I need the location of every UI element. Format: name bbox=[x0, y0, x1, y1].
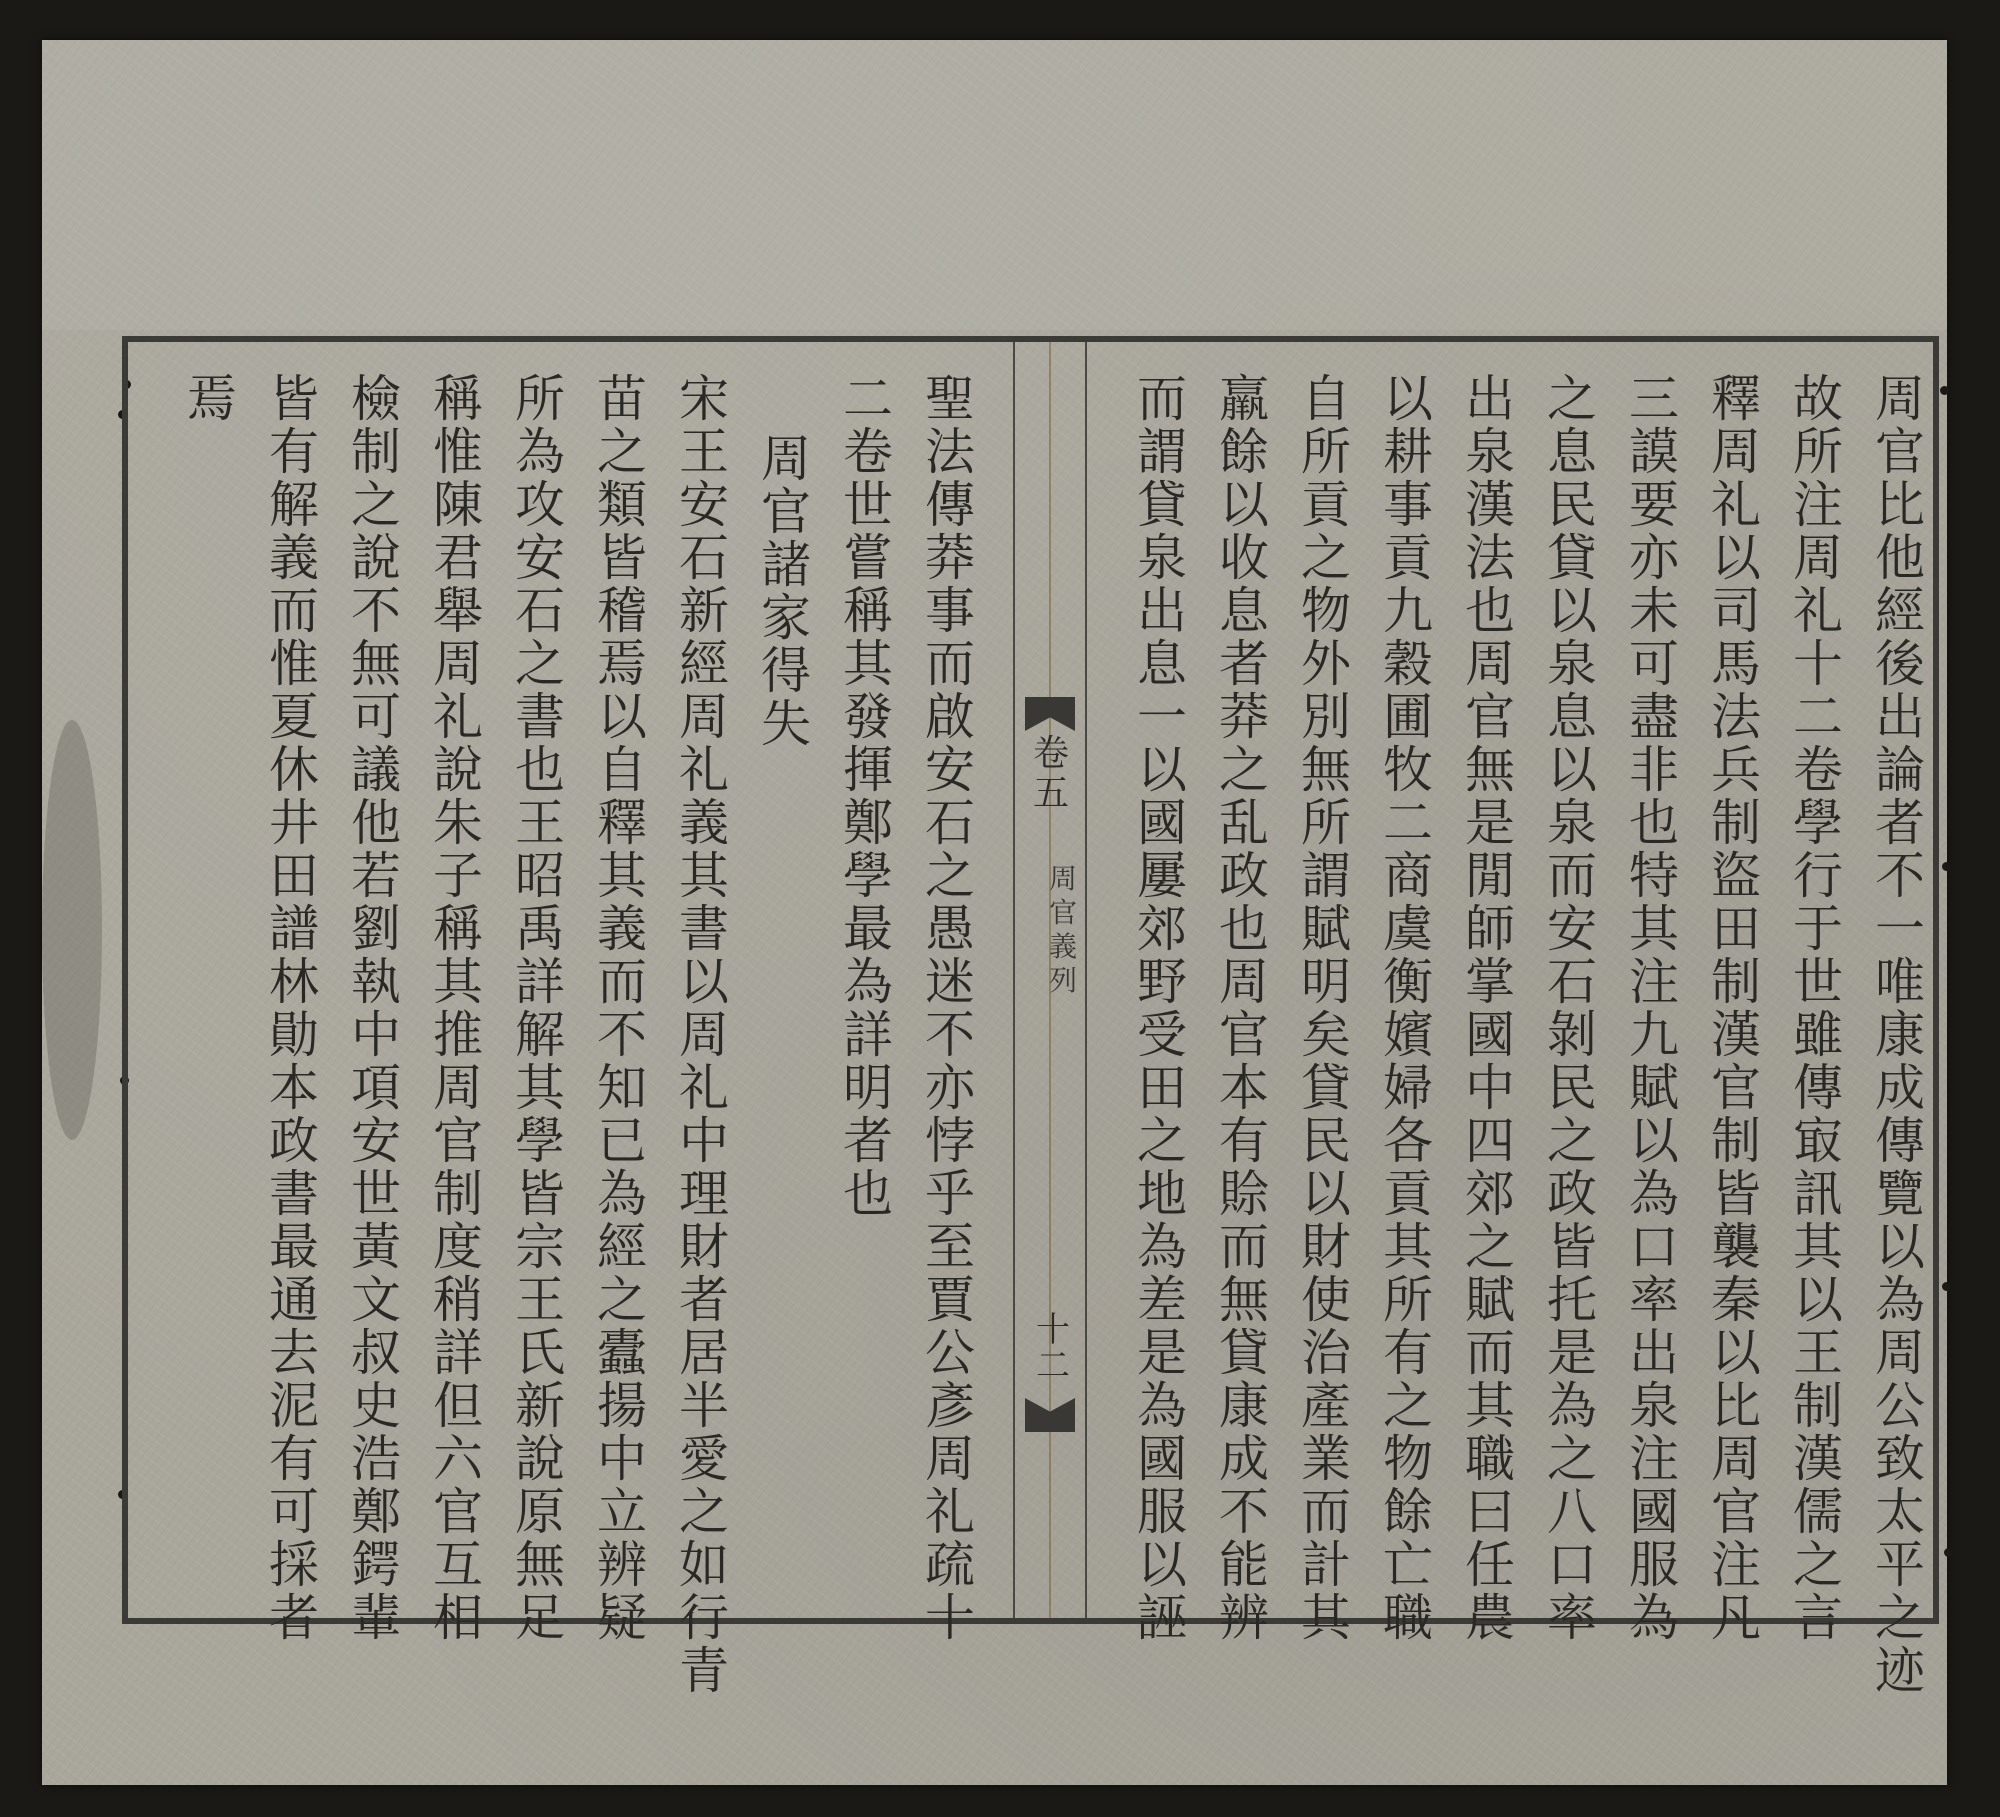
right-half-page: 周官比他經後出論者不一唯康成傳覽以為周公致太平之迹 故所注周礼十二卷學行于世雖傳… bbox=[1078, 342, 1939, 1618]
binding-hole bbox=[1944, 1548, 1953, 1557]
text-column: 之息民貸以泉息以泉而安石剝民之政皆托是為之八口率 bbox=[1540, 372, 1596, 1644]
text-column: 稱惟陳君舉周礼說朱子稱其推周官制度稍詳但六官互相 bbox=[426, 372, 482, 1644]
top-margin bbox=[42, 40, 1947, 330]
text-column: 而謂貸泉出息一以國屢郊野受田之地為差是為國服以誣 bbox=[1130, 372, 1186, 1644]
book-leaf: 周官比他經後出論者不一唯康成傳覽以為周公致太平之迹 故所注周礼十二卷學行于世雖傳… bbox=[42, 40, 1947, 1785]
left-half-page: 聖法傳莽事而啟安石之愚迷不亦悖乎至賈公彥周礼疏十 二卷世嘗稱其發揮鄭學最為詳明者… bbox=[128, 342, 968, 1618]
juan-label: 卷五 bbox=[1031, 734, 1071, 814]
text-column: 釋周礼以司馬法兵制盜田制漢官制皆襲秦以比周官注凡 bbox=[1704, 372, 1760, 1644]
text-column: 宋王安石新經周礼義其書以周礼中理財者居半愛之如行青 bbox=[672, 372, 728, 1697]
text-column: 檢制之說不無可議他若劉執中項安世黃文叔史浩鄭鍔輩 bbox=[344, 372, 400, 1644]
binding-hole bbox=[1942, 1282, 1951, 1291]
text-column: 周官比他經後出論者不一唯康成傳覽以為周公致太平之迹 bbox=[1868, 372, 1924, 1697]
text-column: 以耕事貢九穀圃牧二商虞衡嬪婦各貢其所有之物餘亡職 bbox=[1376, 372, 1432, 1644]
text-column: 苗之類皆稽焉以自釋其義而不知已為經之蠹揚中立辨疑 bbox=[590, 372, 646, 1644]
text-column: 二卷世嘗稱其發揮鄭學最為詳明者也 bbox=[836, 372, 892, 1220]
text-column: 自所貢之物外別無所謂賦明矣貸民以財使治產業而計其 bbox=[1294, 372, 1350, 1644]
text-column: 聖法傳莽事而啟安石之愚迷不亦悖乎至賈公彥周礼疏十 bbox=[918, 372, 974, 1644]
text-column: 羸餘以收息者莽之乱政也周官本有賒而無貸康成不能辨 bbox=[1212, 372, 1268, 1644]
stain bbox=[42, 720, 102, 1140]
page-number: 十二 bbox=[1033, 1312, 1073, 1384]
printed-frame: 周官比他經後出論者不一唯康成傳覽以為周公致太平之迹 故所注周礼十二卷學行于世雖傳… bbox=[122, 336, 1939, 1624]
text-column: 所為攻安石之書也王昭禹詳解其學皆宗王氏新說原無足 bbox=[508, 372, 564, 1644]
binding-hole bbox=[1942, 862, 1951, 871]
text-column: 故所注周礼十二卷學行于世雖傳㝡訊其以王制漢儒之言 bbox=[1786, 372, 1842, 1644]
text-column: 皆有解義而惟夏休井田譜林勛本政書最通去泥有可採者 bbox=[262, 372, 318, 1644]
center-fold-banxin: 卷五 周官義列 十二 bbox=[1013, 342, 1087, 1618]
section-heading: 周官諸家得失 bbox=[754, 432, 810, 750]
text-column: 出泉漢法也周官無是閒師掌國中四郊之賦而其職曰任農 bbox=[1458, 372, 1514, 1644]
book-title-center: 周官義列 bbox=[1047, 862, 1079, 998]
text-column: 焉 bbox=[180, 372, 236, 425]
text-column: 三謨要亦未可盡非也特其注九賦以為口率出泉注國服為 bbox=[1622, 372, 1678, 1644]
binding-hole bbox=[1940, 386, 1949, 395]
